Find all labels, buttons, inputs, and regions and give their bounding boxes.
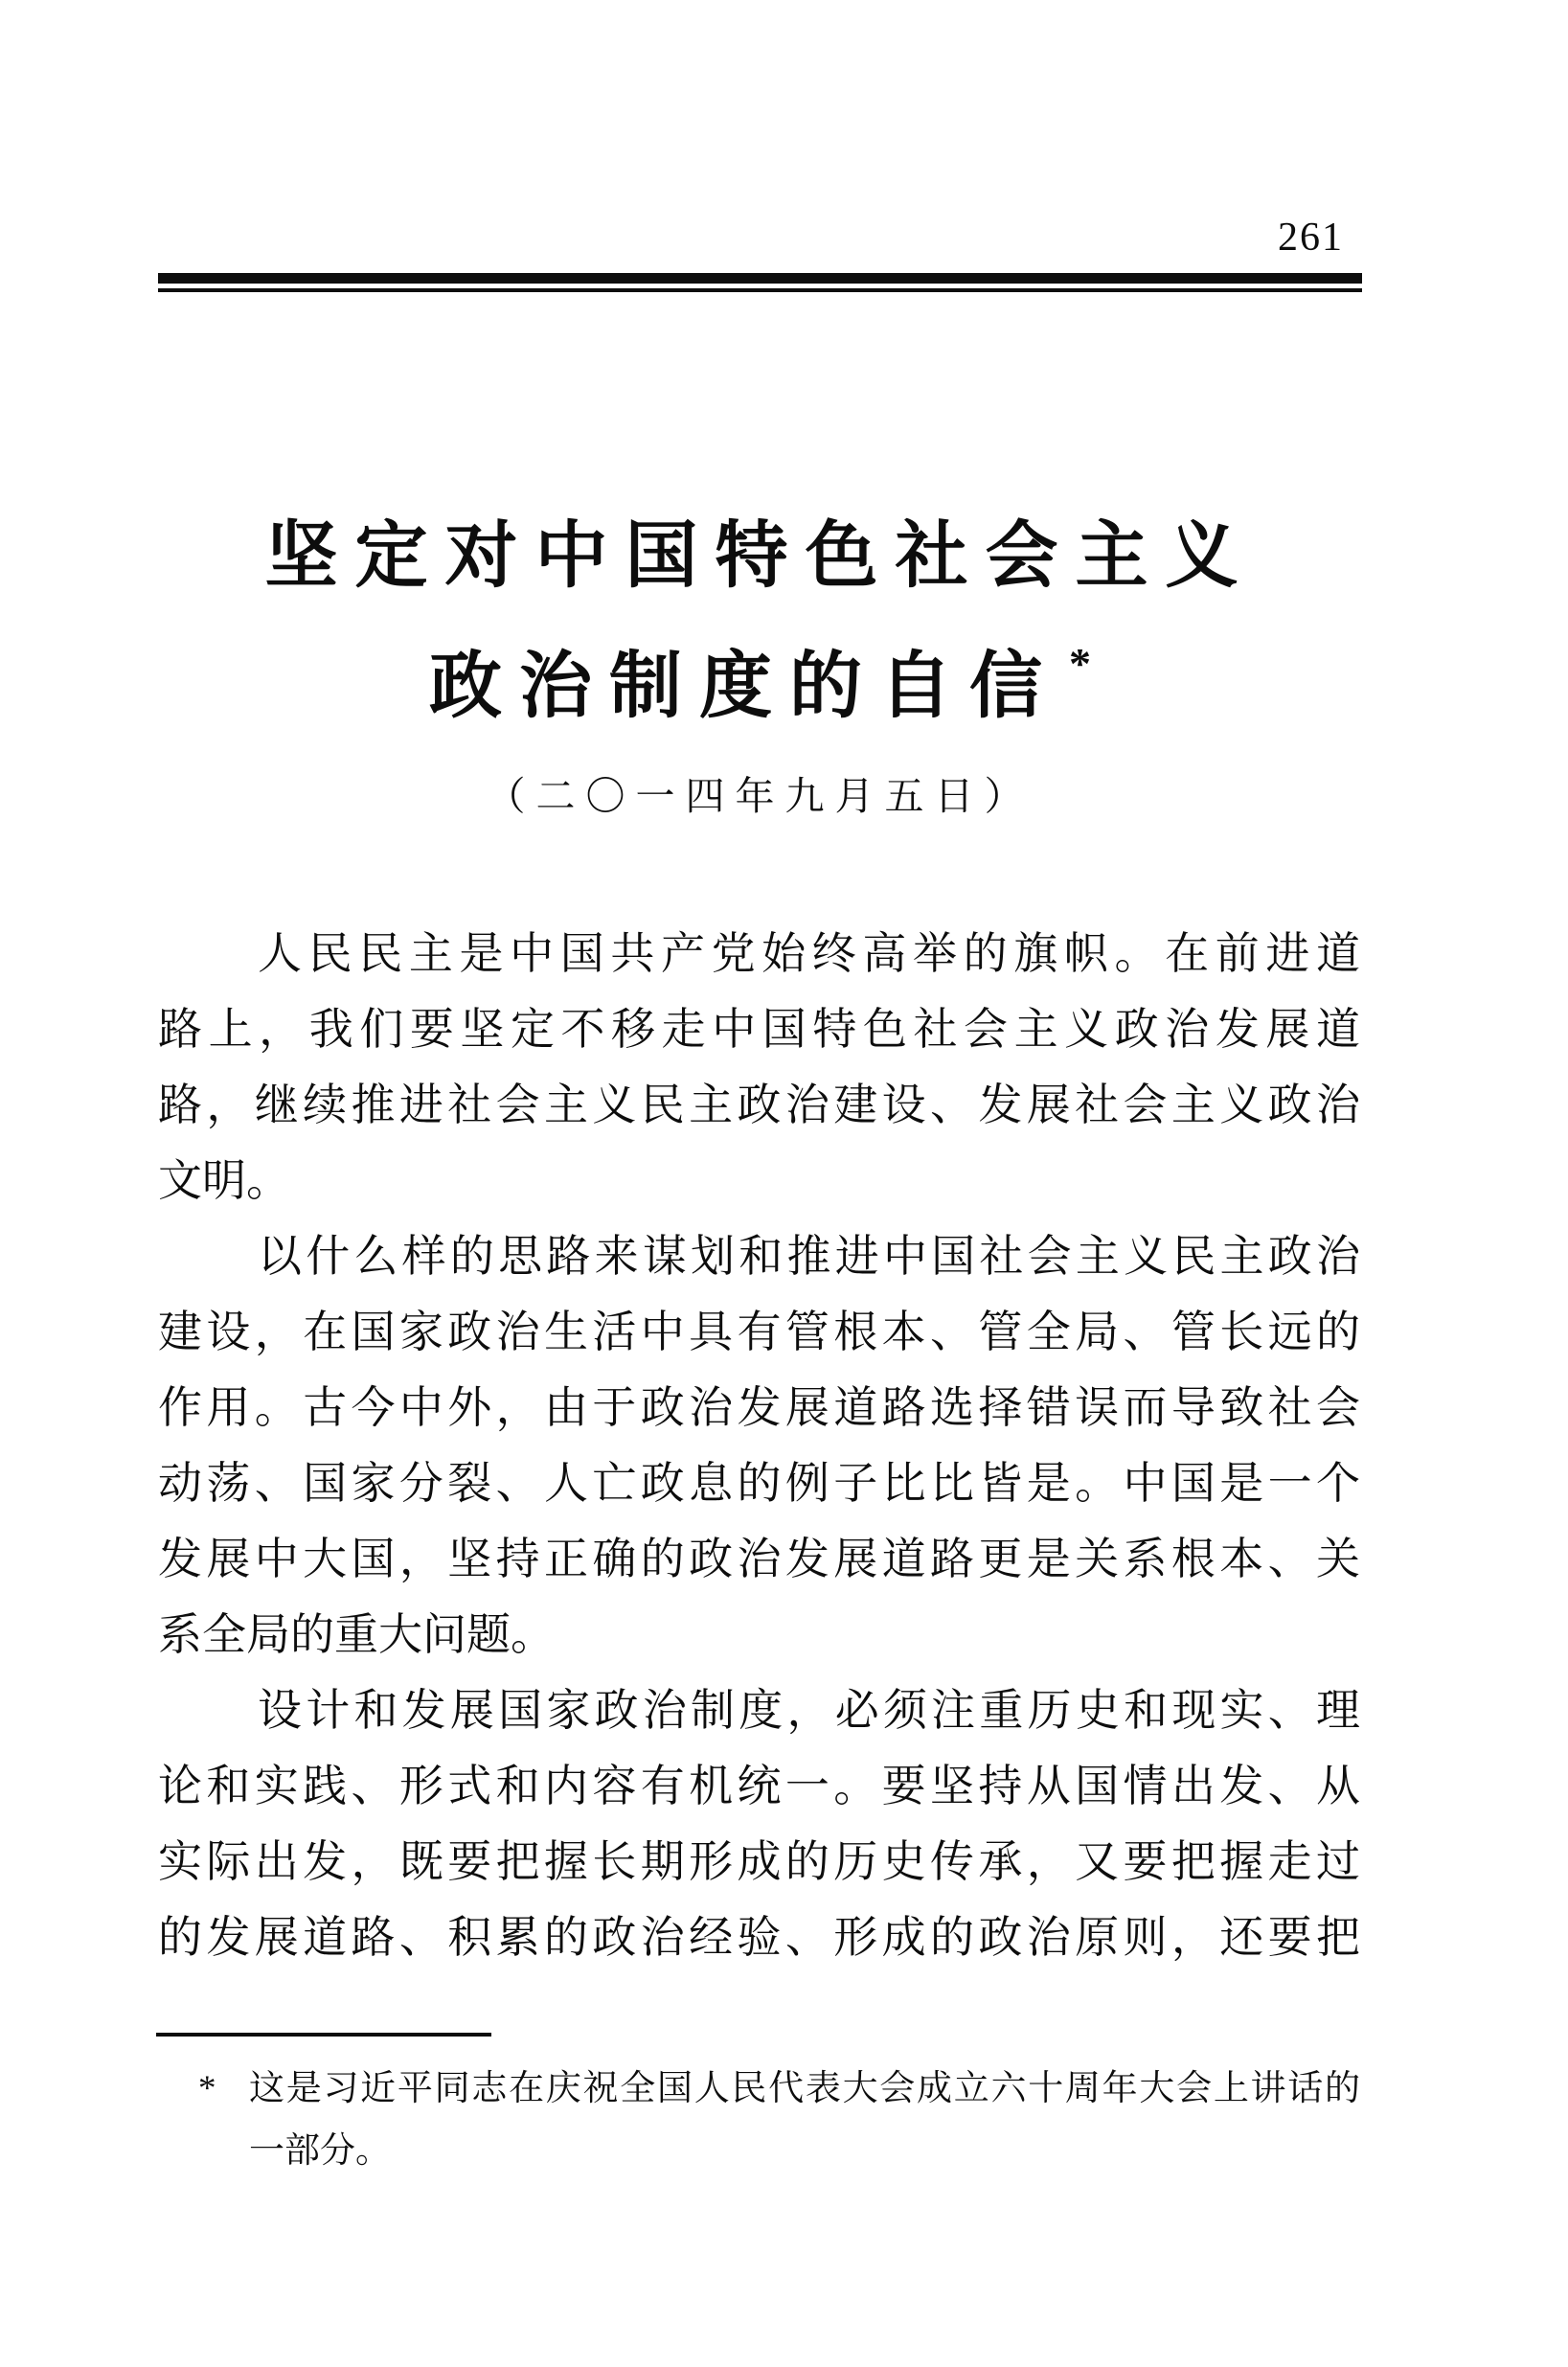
footnote-line: *这是习近平同志在庆祝全国人民代表大会成立六十周年大会上讲话的: [158, 2058, 1360, 2120]
article-title: 坚定对中国特色社会主义 政治制度的自信*: [158, 503, 1362, 717]
body-line: 设计和发展国家政治制度，必须注重历史和现实、理: [158, 1673, 1360, 1748]
footnote-line-text: 这是习近平同志在庆祝全国人民代表大会成立六十周年大会上讲话的: [249, 2069, 1360, 2108]
body-line: 作用。古今中外，由于政治发展道路选择错误而导致社会: [158, 1370, 1360, 1445]
body-line: 路上，我们要坚定不移走中国特色社会主义政治发展道: [158, 991, 1360, 1067]
page-number: 261: [1278, 216, 1344, 259]
speech-date: （二〇一四年九月五日）: [158, 766, 1362, 826]
body-line: 建设，在国家政治生活中具有管根本、管全局、管长远的: [158, 1294, 1360, 1370]
article-title-line-1: 坚定对中国特色社会主义: [158, 503, 1362, 610]
title-footnote-asterisk: *: [1069, 610, 1091, 717]
body-line: 人民民主是中国共产党始终高举的旗帜。在前进道: [158, 916, 1360, 991]
body-line: 系全局的重大问题。: [158, 1597, 1360, 1673]
footnote-separator-rule: [156, 2033, 491, 2037]
article-title-line-2-text: 政治制度的自信: [429, 646, 1059, 727]
body-line: 实际出发，既要把握长期形成的历史传承，又要把握走过: [158, 1824, 1360, 1900]
book-page: 261 坚定对中国特色社会主义 政治制度的自信* （二〇一四年九月五日） 人民民…: [0, 0, 1568, 2367]
body-line: 路，继续推进社会主义民主政治建设、发展社会主义政治: [158, 1067, 1360, 1143]
header-rule-thick: [158, 273, 1362, 284]
body-line: 论和实践、形式和内容有机统一。要坚持从国情出发、从: [158, 1748, 1360, 1824]
body-line: 文明。: [158, 1143, 1360, 1218]
body-line: 动荡、国家分裂、人亡政息的例子比比皆是。中国是一个: [158, 1445, 1360, 1521]
body-text: 人民民主是中国共产党始终高举的旗帜。在前进道 路上，我们要坚定不移走中国特色社会…: [158, 916, 1360, 1975]
body-line: 的发展道路、积累的政治经验、形成的政治原则，还要把: [158, 1900, 1360, 1975]
body-line: 以什么样的思路来谋划和推进中国社会主义民主政治: [158, 1218, 1360, 1294]
header-rule-thin: [158, 288, 1362, 292]
footnote-line: 一部分。: [158, 2120, 1360, 2182]
body-line: 发展中大国，坚持正确的政治发展道路更是关系根本、关: [158, 1521, 1360, 1597]
footnote-asterisk: *: [198, 2058, 216, 2120]
article-title-line-2: 政治制度的自信*: [158, 610, 1362, 717]
footnote: *这是习近平同志在庆祝全国人民代表大会成立六十周年大会上讲话的 一部分。: [158, 2058, 1360, 2182]
